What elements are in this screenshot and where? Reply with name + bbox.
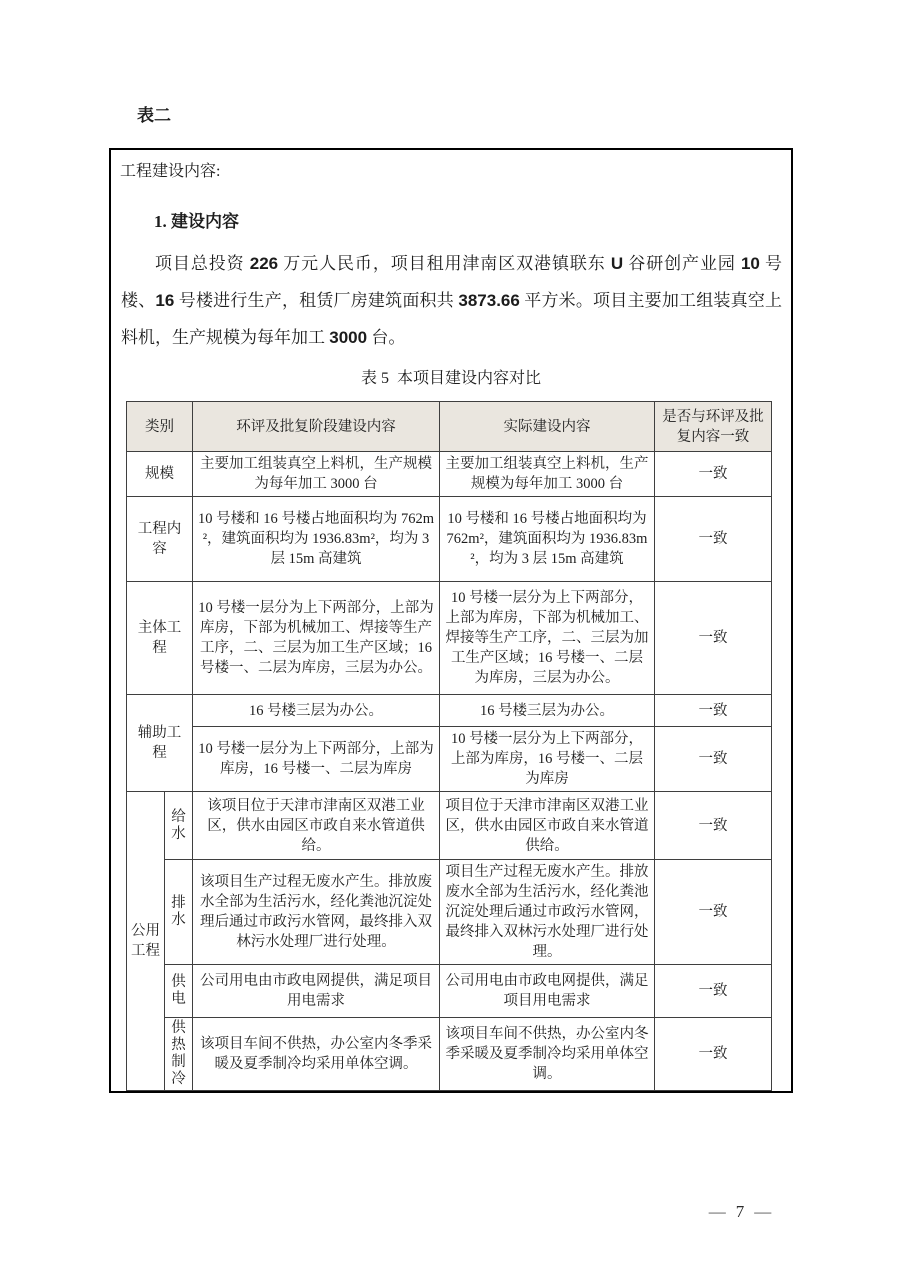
cell-power-eia: 公司用电由市政电网提供，满足项目用电需求 [193,965,440,1018]
row-label-project-content: 工程内容 [127,497,193,582]
cell-power-actual: 公司用电由市政电网提供，满足项目用电需求 [440,965,655,1018]
page-label: 表二 [137,101,171,126]
cell-power-consistent: 一致 [655,965,772,1018]
table-caption: 表 5 本项目建设内容对比 [111,365,791,388]
col-header-actual-content: 实际建设内容 [440,402,655,452]
cell-content-eia: 10 号楼和 16 号楼占地面积均为 762m²，建筑面积均为 1936.83m… [193,497,440,582]
cell-scale-actual: 主要加工组装真空上料机，生产规模为每年加工 3000 台 [440,452,655,497]
col-header-consistency: 是否与环评及批复内容一致 [655,402,772,452]
content-box: 工程建设内容: 1. 建设内容 项目总投资 226 万元人民币，项目租用津南区双… [109,148,793,1093]
page-number-dash-left: — [709,1202,726,1221]
box-title: 工程建设内容: [120,158,782,181]
page-number: —7— [660,1202,820,1222]
cell-main-actual: 10 号楼一层分为上下两部分，上部为库房，下部为机械加工、焊接等生产工序，二、三… [440,582,655,695]
sub-label-hvac: 供热制冷 [165,1018,193,1091]
cell-hvac-consistent: 一致 [655,1018,772,1091]
cell-main-eia: 10 号楼一层分为上下两部分，上部为库房，下部为机械加工、焊接等生产工序，二、三… [193,582,440,695]
table-row-hvac: 供热制冷 该项目车间不供热，办公室内冬季采暖及夏季制冷均采用单体空调。 该项目车… [127,1018,772,1091]
cell-content-actual: 10 号楼和 16 号楼占地面积均为 762m²，建筑面积均为 1936.83m… [440,497,655,582]
sub-label-power: 供电 [165,965,193,1018]
table-row-main-works: 主体工程 10 号楼一层分为上下两部分，上部为库房，下部为机械加工、焊接等生产工… [127,582,772,695]
cell-hvac-actual: 该项目车间不供热，办公室内冬季采暖及夏季制冷均采用单体空调。 [440,1018,655,1091]
cell-main-consistent: 一致 [655,582,772,695]
cell-aux1-eia: 16 号楼三层为办公。 [193,695,440,727]
row-label-main-works: 主体工程 [127,582,193,695]
cell-aux2-consistent: 一致 [655,727,772,792]
cell-aux1-consistent: 一致 [655,695,772,727]
cell-drainage-actual: 项目生产过程无废水产生。排放废水全部为生活污水，经化粪池沉淀处理后通过市政污水管… [440,860,655,965]
cell-aux1-actual: 16 号楼三层为办公。 [440,695,655,727]
row-label-utility-works: 公用工程 [127,792,165,1091]
cell-hvac-eia: 该项目车间不供热，办公室内冬季采暖及夏季制冷均采用单体空调。 [193,1018,440,1091]
table-header-row: 类别 环评及批复阶段建设内容 实际建设内容 是否与环评及批复内容一致 [127,402,772,452]
cell-content-consistent: 一致 [655,497,772,582]
table-row-power: 供电 公司用电由市政电网提供，满足项目用电需求 公司用电由市政电网提供，满足项目… [127,965,772,1018]
sub-label-drainage: 排水 [165,860,193,965]
cell-scale-consistent: 一致 [655,452,772,497]
section-heading: 1. 建设内容 [154,207,791,232]
sub-label-water-supply: 给水 [165,792,193,860]
row-label-auxiliary-works: 辅助工程 [127,695,193,792]
cell-water-actual: 项目位于天津市津南区双港工业区，供水由园区市政自来水管道供给。 [440,792,655,860]
table-row-auxiliary-2: 10 号楼一层分为上下两部分，上部为库房，16 号楼一、二层为库房 10 号楼一… [127,727,772,792]
table-row-auxiliary-1: 辅助工程 16 号楼三层为办公。 16 号楼三层为办公。 一致 [127,695,772,727]
cell-aux2-eia: 10 号楼一层分为上下两部分，上部为库房，16 号楼一、二层为库房 [193,727,440,792]
table-row-scale: 规模 主要加工组装真空上料机，生产规模为每年加工 3000 台 主要加工组装真空… [127,452,772,497]
cell-drainage-consistent: 一致 [655,860,772,965]
page-number-dash-right: — [754,1202,771,1221]
cell-aux2-actual: 10 号楼一层分为上下两部分，上部为库房，16 号楼一、二层为库房 [440,727,655,792]
intro-paragraph: 项目总投资 226 万元人民币，项目租用津南区双港镇联东 U 谷研创产业园 10… [121,245,782,356]
cell-water-eia: 该项目位于天津市津南区双港工业区，供水由园区市政自来水管道供给。 [193,792,440,860]
col-header-eia-content: 环评及批复阶段建设内容 [193,402,440,452]
table-row-water-supply: 公用工程 给水 该项目位于天津市津南区双港工业区，供水由园区市政自来水管道供给。… [127,792,772,860]
cell-drainage-eia: 该项目生产过程无废水产生。排放废水全部为生活污水，经化粪池沉淀处理后通过市政污水… [193,860,440,965]
cell-scale-eia: 主要加工组装真空上料机，生产规模为每年加工 3000 台 [193,452,440,497]
cell-water-consistent: 一致 [655,792,772,860]
page-number-value: 7 [736,1202,745,1221]
row-label-scale: 规模 [127,452,193,497]
table-row-drainage: 排水 该项目生产过程无废水产生。排放废水全部为生活污水，经化粪池沉淀处理后通过市… [127,860,772,965]
col-header-category: 类别 [127,402,193,452]
table-row-project-content: 工程内容 10 号楼和 16 号楼占地面积均为 762m²，建筑面积均为 193… [127,497,772,582]
comparison-table: 类别 环评及批复阶段建设内容 实际建设内容 是否与环评及批复内容一致 规模 主要… [126,401,772,1091]
